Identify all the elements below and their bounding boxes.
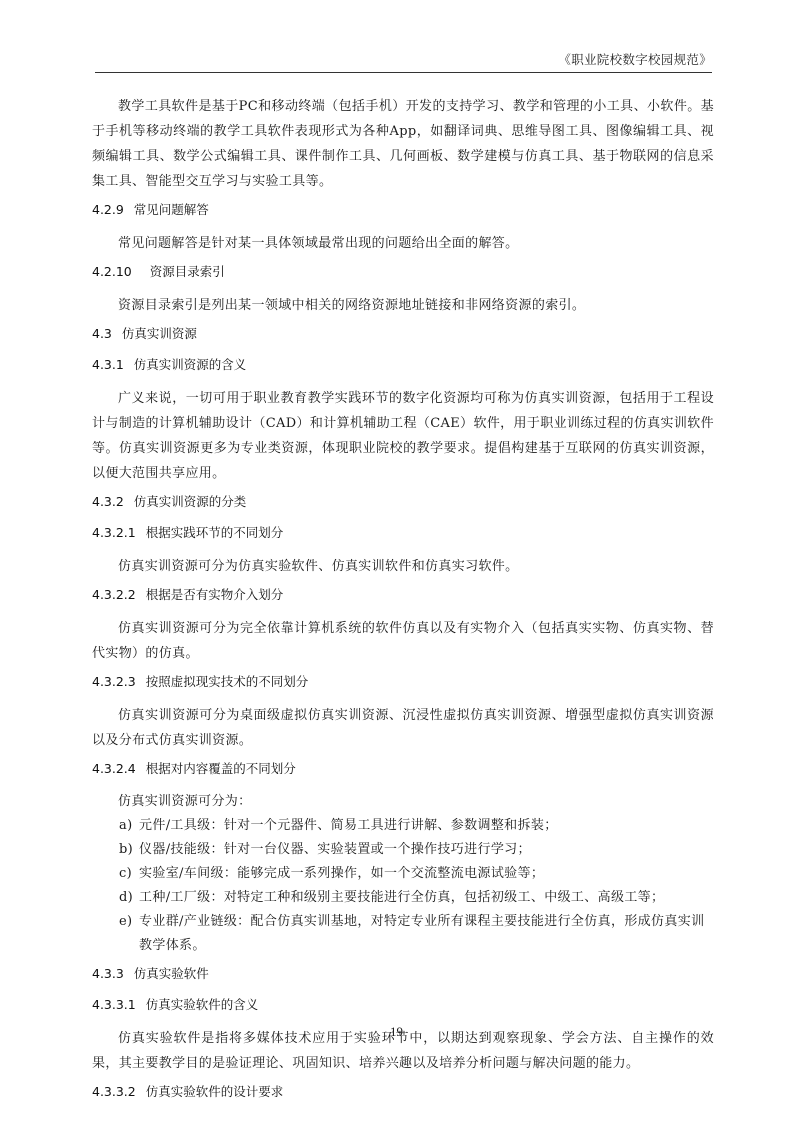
- document-title: 《职业院校数字校园规范》: [558, 50, 712, 68]
- section-number: 4.2.10: [92, 264, 132, 279]
- section-heading-4-3-3-1: 4.3.3.1 仿真实验软件的含义: [92, 995, 714, 1015]
- section-number: 4.3.3.2: [92, 1084, 136, 1099]
- section-title: 仿真实训资源的含义: [134, 357, 247, 372]
- section-number: 4.3.2.2: [92, 587, 136, 602]
- section-heading-4-3-2-2: 4.3.2.2 根据是否有实物介入划分: [92, 585, 714, 605]
- paragraph-teaching-tools: 教学工具软件是基于PC和移动终端（包括手机）开发的支持学习、教学和管理的小工具、…: [92, 94, 714, 194]
- page-number: 19: [0, 1024, 793, 1040]
- list-item: d) 工种/工厂级：对特定工种和级别主要技能进行全仿真，包括初级工、中级工、高级…: [92, 886, 714, 910]
- section-title: 仿真实验软件的设计要求: [146, 1084, 284, 1099]
- list-marker: b): [119, 838, 133, 862]
- list-item-text: 元件/工具级：针对一个元器件、简易工具进行讲解、参数调整和拆装；: [139, 818, 558, 833]
- paragraph-faq: 常见问题解答是针对某一具体领域最常出现的问题给出全面的解答。: [92, 231, 714, 256]
- section-title: 根据实践环节的不同划分: [146, 525, 284, 540]
- section-number: 4.3.2.3: [92, 674, 136, 689]
- section-number: 4.2.9: [92, 202, 124, 217]
- list-item-text: 实验室/车间级：能够完成一系列操作，如一个交流整流电源试验等；: [139, 866, 544, 881]
- paragraph-resource-index: 资源目录索引是列出某一领域中相关的网络资源地址链接和非网络资源的索引。: [92, 293, 714, 318]
- section-number: 4.3.2: [92, 494, 124, 509]
- list-item-text: 仪器/技能级：针对一台仪器、实验装置或一个操作技巧进行学习；: [139, 842, 531, 857]
- section-heading-4-3-3: 4.3.3 仿真实验软件: [92, 964, 714, 984]
- section-number: 4.3.2.4: [92, 761, 136, 776]
- section-heading-4-3-1: 4.3.1 仿真实训资源的含义: [92, 355, 714, 375]
- list-marker: c): [119, 862, 132, 886]
- section-number: 4.3.3.1: [92, 997, 136, 1012]
- section-heading-4-2-9: 4.2.9 常见问题解答: [92, 200, 714, 220]
- section-title: 仿真实验软件: [134, 966, 209, 981]
- section-number: 4.3.1: [92, 357, 124, 372]
- paragraph-practice-classification: 仿真实训资源可分为仿真实验软件、仿真实训软件和仿真实习软件。: [92, 554, 714, 579]
- list-item-text: 专业群/产业链级：配合仿真实训基地，对特定专业所有课程主要技能进行全仿真，形成仿…: [139, 914, 704, 953]
- list-item-text: 工种/工厂级：对特定工种和级别主要技能进行全仿真，包括初级工、中级工、高级工等；: [139, 890, 664, 905]
- paragraph-physical-classification: 仿真实训资源可分为完全依靠计算机系统的软件仿真以及有实物介入（包括真实实物、仿真…: [92, 616, 714, 666]
- page-header: 《职业院校数字校园规范》: [95, 48, 712, 73]
- section-title: 常见问题解答: [134, 202, 209, 217]
- section-heading-4-3: 4.3 仿真实训资源: [92, 324, 714, 344]
- section-heading-4-3-2: 4.3.2 仿真实训资源的分类: [92, 492, 714, 512]
- coverage-level-list: a) 元件/工具级：针对一个元器件、简易工具进行讲解、参数调整和拆装； b) 仪…: [92, 814, 714, 958]
- list-item: a) 元件/工具级：针对一个元器件、简易工具进行讲解、参数调整和拆装；: [92, 814, 714, 838]
- paragraph-vr-classification: 仿真实训资源可分为桌面级虚拟仿真实训资源、沉浸性虚拟仿真实训资源、增强型虚拟仿真…: [92, 703, 714, 753]
- page-content: 教学工具软件是基于PC和移动终端（包括手机）开发的支持学习、教学和管理的小工具、…: [92, 94, 714, 1113]
- list-marker: a): [119, 814, 133, 838]
- list-item: e) 专业群/产业链级：配合仿真实训基地，对特定专业所有课程主要技能进行全仿真，…: [92, 910, 714, 958]
- list-intro: 仿真实训资源可分为：: [92, 790, 714, 814]
- section-heading-4-3-2-3: 4.3.2.3 按照虚拟现实技术的不同划分: [92, 672, 714, 692]
- section-title: 资源目录索引: [150, 264, 225, 279]
- section-heading-4-2-10: 4.2.10 资源目录索引: [92, 262, 714, 282]
- section-heading-4-3-2-1: 4.3.2.1 根据实践环节的不同划分: [92, 523, 714, 543]
- list-marker: e): [119, 910, 132, 934]
- section-number: 4.3: [92, 326, 112, 341]
- section-title: 按照虚拟现实技术的不同划分: [146, 674, 309, 689]
- section-title: 根据是否有实物介入划分: [146, 587, 284, 602]
- section-title: 根据对内容覆盖的不同划分: [146, 761, 296, 776]
- section-heading-4-3-2-4: 4.3.2.4 根据对内容覆盖的不同划分: [92, 759, 714, 779]
- section-title: 仿真实训资源的分类: [134, 494, 247, 509]
- paragraph-simulation-definition: 广义来说，一切可用于职业教育教学实践环节的数字化资源均可称为仿真实训资源，包括用…: [92, 386, 714, 486]
- section-number: 4.3.2.1: [92, 525, 136, 540]
- section-title: 仿真实训资源: [122, 326, 197, 341]
- section-number: 4.3.3: [92, 966, 124, 981]
- section-heading-4-3-3-2: 4.3.3.2 仿真实验软件的设计要求: [92, 1082, 714, 1102]
- list-item: c) 实验室/车间级：能够完成一系列操作，如一个交流整流电源试验等；: [92, 862, 714, 886]
- list-marker: d): [119, 886, 133, 910]
- list-item: b) 仪器/技能级：针对一台仪器、实验装置或一个操作技巧进行学习；: [92, 838, 714, 862]
- section-title: 仿真实验软件的含义: [146, 997, 259, 1012]
